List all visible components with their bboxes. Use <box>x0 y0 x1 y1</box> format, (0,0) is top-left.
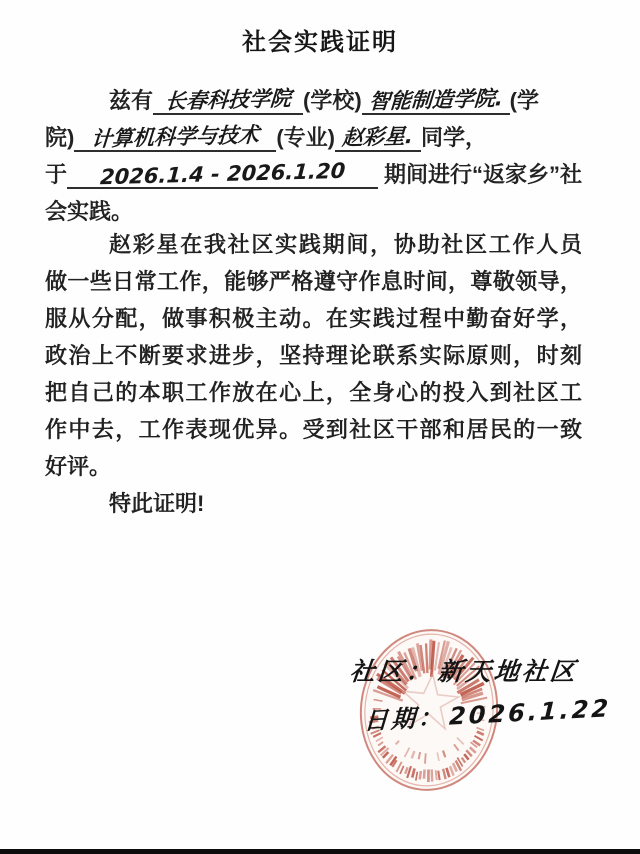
body-text-line: 做一些日常工作，能够严格遵守作息时间，尊敬领导， <box>45 263 582 300</box>
community-label-handwritten: 社区： <box>348 652 436 688</box>
community-signature-line: 社区： 新天地社区 <box>350 652 611 688</box>
intro-line-2: 院) 计算机科学与技术 (专业) 赵彩星. 同学， <box>45 115 582 152</box>
body-text-line: 政治上不断要求进步，坚持理论联系实际原则，时刻 <box>45 337 582 374</box>
college-name-handwritten: 智能制造学院. <box>368 88 503 115</box>
date-range-handwritten: 2026.1.4 - 2026.1.20 <box>99 161 346 190</box>
school-name-handwritten: 长春科技学院 <box>164 88 291 114</box>
student-name-handwritten: 赵彩星. <box>342 126 414 151</box>
school-label: (学校) <box>303 84 362 115</box>
intro-prefix: 兹有 <box>109 84 153 115</box>
intro-wrap-tail: 会实践。 <box>45 195 133 226</box>
community-name-handwritten: 新天地社区 <box>436 652 580 688</box>
body-text-line: 服从分配，做事积极主动。在实践过程中勤奋好学， <box>45 300 582 337</box>
intro-line-4: 会实践。 <box>45 189 582 226</box>
date-value-handwritten: 2026.1.22 <box>448 694 611 731</box>
closing-statement: 特此证明! <box>45 485 582 522</box>
college-label-close: 院) <box>45 121 74 152</box>
college-blank: 智能制造学院. <box>362 81 510 115</box>
body-text-line: 赵彩星在我社区实践期间，协助社区工作人员 <box>45 226 582 263</box>
student-name-blank: 赵彩星. <box>335 118 421 152</box>
major-handwritten: 计算机科学与技术 <box>91 125 260 152</box>
body-text-line: 好评。 <box>45 448 582 485</box>
certificate-page: 社会实践证明 兹有 长春科技学院 (学校) 智能制造学院. (学 院) 计算机科… <box>0 0 640 854</box>
date-prefix: 于 <box>45 158 67 189</box>
student-suffix: 同学， <box>421 121 487 152</box>
body-text-line: 把自己的本职工作放在心上，全身心的投入到社区工 <box>45 374 582 411</box>
document-body: 兹有 长春科技学院 (学校) 智能制造学院. (学 院) 计算机科学与技术 (专… <box>45 78 582 522</box>
date-range-blank: 2026.1.4 - 2026.1.20 <box>67 155 378 189</box>
body-text-line: 作中去，工作表现优异。受到社区干部和居民的一致 <box>45 411 582 448</box>
major-blank: 计算机科学与技术 <box>74 118 276 152</box>
school-blank: 长春科技学院 <box>153 81 303 115</box>
signature-block: 社区： 新天地社区 日期： 2026.1.22 <box>350 652 611 730</box>
page-title: 社会实践证明 <box>0 0 640 57</box>
date-suffix: 期间进行“返家乡”社 <box>384 158 582 189</box>
intro-line-3: 于 2026.1.4 - 2026.1.20 期间进行“返家乡”社 <box>45 152 582 189</box>
date-label-handwritten: 日期： <box>363 697 446 736</box>
scan-edge-bar <box>0 849 640 854</box>
date-signature-line: 日期： 2026.1.22 <box>349 688 612 737</box>
intro-line-1: 兹有 长春科技学院 (学校) 智能制造学院. (学 <box>45 78 582 115</box>
college-label-open: (学 <box>510 84 539 115</box>
major-label: (专业) <box>276 121 335 152</box>
